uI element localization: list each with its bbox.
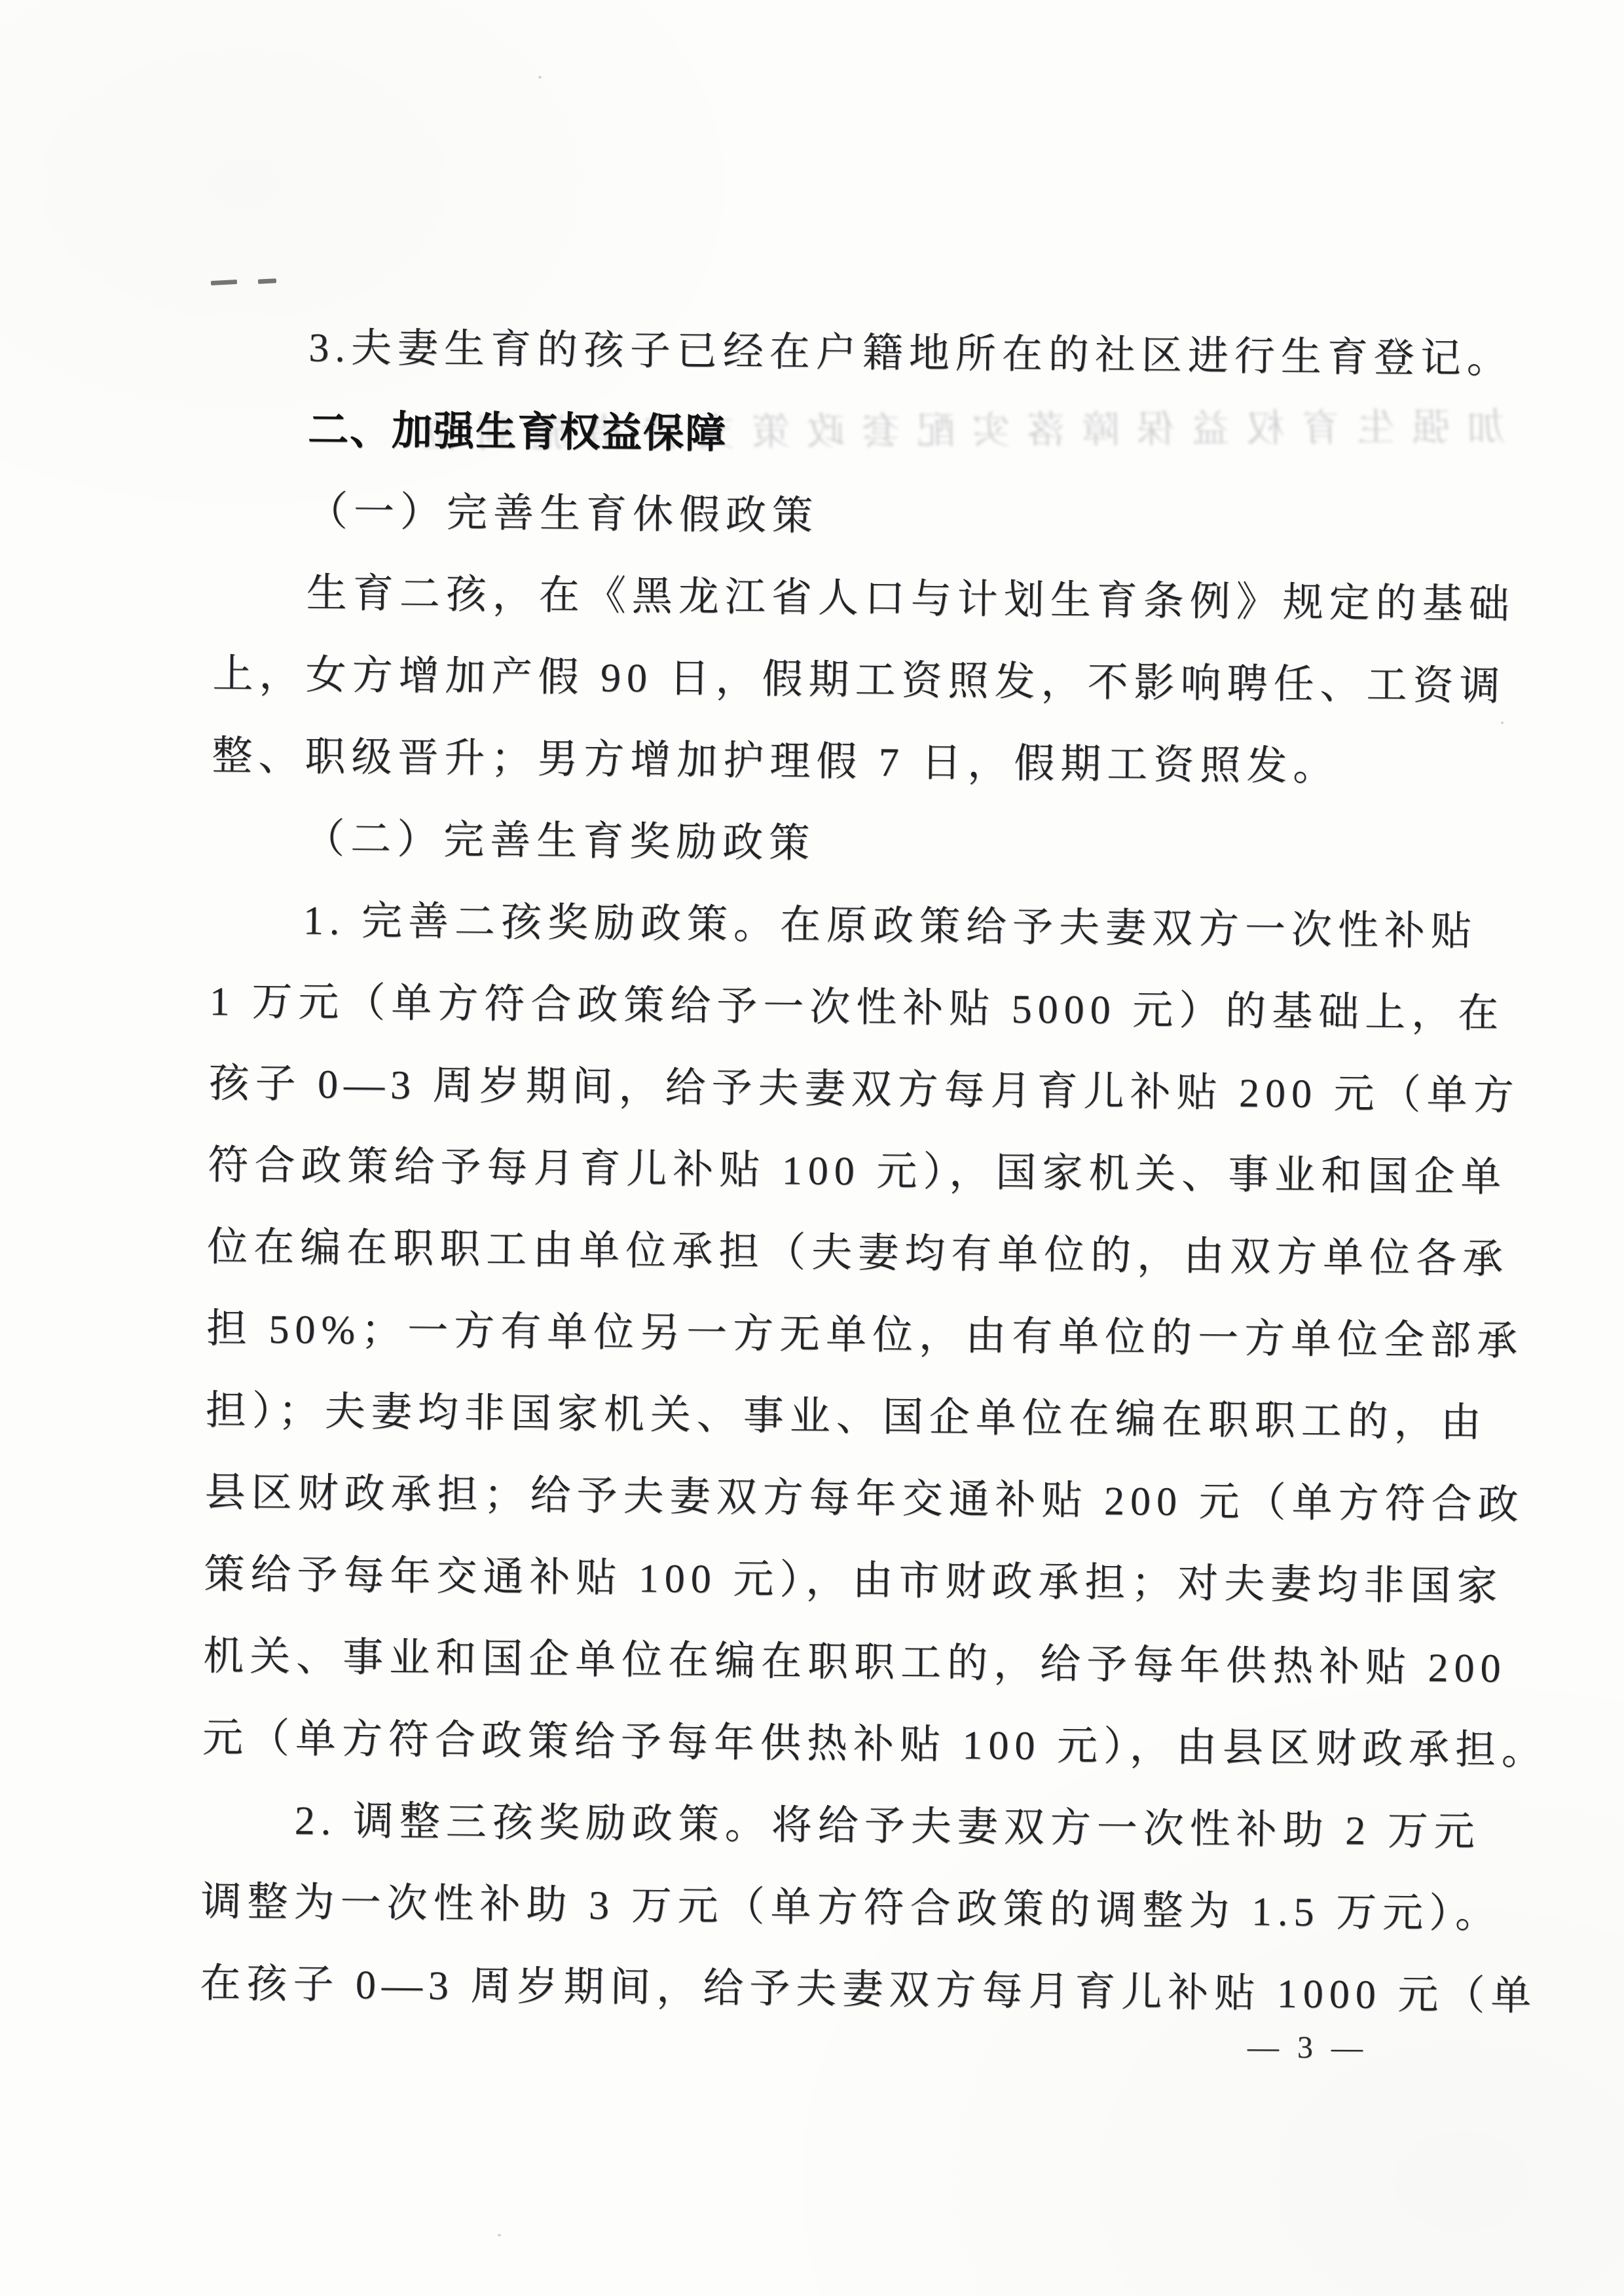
text-line: 在孩子 0—3 周岁期间，给予夫妻双方每月育儿补贴 1000 元（单 bbox=[200, 1943, 1422, 2037]
text-line: 担 50%；一方有单位另一方无单位，由有单位的一方单位全部承 bbox=[206, 1288, 1428, 1382]
text-line: 机关、事业和国企单位在编在职职工的，给予每年供热补贴 200 bbox=[203, 1616, 1425, 1709]
section-heading: 二、加强生育权益保障 bbox=[215, 388, 1437, 482]
scan-artifact-dash bbox=[211, 280, 237, 285]
text-line: 上，女方增加产假 90 日，假期工资照发，不影响聘任、工资调 bbox=[212, 634, 1434, 727]
text-line: 符合政策给予每月育儿补贴 100 元），国家机关、事业和国企单 bbox=[208, 1125, 1430, 1218]
text-line: 孩子 0—3 周岁期间，给予夫妻双方每月育儿补贴 200 元（单方 bbox=[208, 1043, 1430, 1137]
scan-artifact-speck bbox=[538, 76, 542, 79]
text-line: 生育二孩，在《黑龙江省人口与计划生育条例》规定的基础 bbox=[213, 552, 1435, 646]
text-line: 策给予每年交通补贴 100 元），由市财政承担；对夫妻均非国家 bbox=[204, 1534, 1426, 1628]
text-line: 元（单方符合政策给予每年供热补贴 100 元），由县区财政承担。 bbox=[202, 1698, 1424, 1791]
subsection-heading: （一）完善生育休假政策 bbox=[213, 470, 1435, 564]
text-line: 担）；夫妻均非国家机关、事业、国企单位在编在职职工的，由 bbox=[205, 1370, 1427, 1464]
text-line: 位在编在职职工由单位承担（夫妻均有单位的，由双方单位各承 bbox=[207, 1207, 1429, 1300]
scan-artifact-dash bbox=[258, 278, 276, 283]
text-line: 调整为一次性补助 3 万元（单方符合政策的调整为 1.5 万元）。 bbox=[200, 1861, 1422, 1955]
text-line: 3.夫妻生育的孩子已经在户籍地所在的社区进行生育登记。 bbox=[215, 306, 1437, 400]
text-line: 1 万元（单方符合政策给予一次性补贴 5000 元）的基础上，在 bbox=[209, 961, 1431, 1055]
text-line: 2. 调整三孩奖励政策。将给予夫妻双方一次性补助 2 万元 bbox=[201, 1779, 1423, 1873]
scan-artifact-speck bbox=[498, 2234, 501, 2236]
document-body: 3.夫妻生育的孩子已经在户籍地所在的社区进行生育登记。 二、加强生育权益保障 （… bbox=[200, 306, 1437, 2037]
scanned-document-page: 加强生育权益保障落实配套政策支持措施到位 3.夫妻生育的孩子已经在户籍地所在的社… bbox=[0, 0, 1624, 2296]
text-line: 1. 完善二孩奖励政策。在原政策给予夫妻双方一次性补贴 bbox=[210, 879, 1431, 973]
page-number: — 3 — bbox=[1247, 2028, 1368, 2068]
text-line: 县区财政承担；给予夫妻双方每年交通补贴 200 元（单方符合政 bbox=[204, 1452, 1426, 1546]
subsection-heading: （二）完善生育奖励政策 bbox=[211, 797, 1433, 891]
text-line: 整、职级晋升；男方增加护理假 7 日，假期工资照发。 bbox=[212, 716, 1433, 809]
scan-artifact-speck bbox=[1501, 721, 1504, 724]
